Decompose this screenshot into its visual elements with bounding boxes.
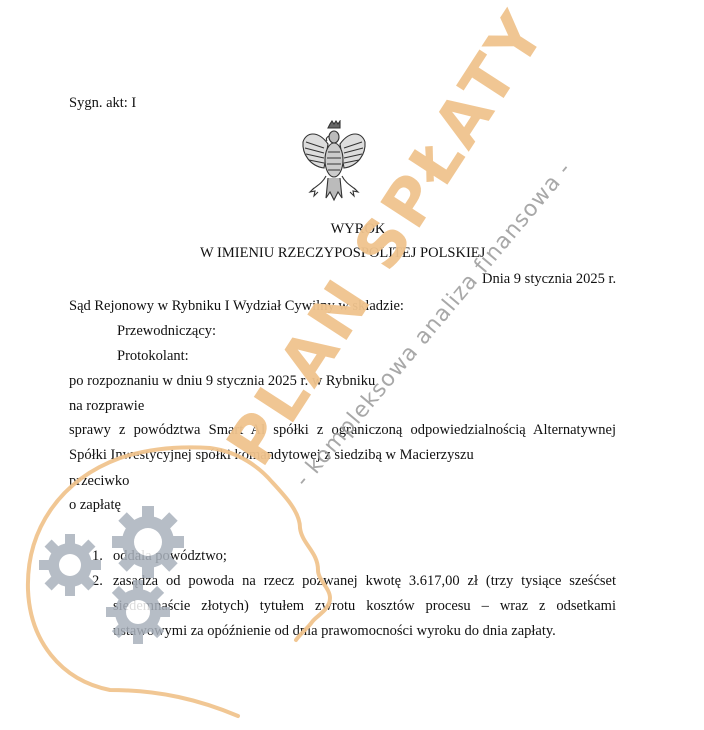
ruling-item: 2. zasądza od powoda na rzecz pozwanej k… bbox=[92, 569, 616, 644]
ruling-text: zasądza od powoda na rzecz pozwanej kwot… bbox=[113, 573, 616, 639]
case-description: sprawy z powództwa Smart Al spółki z ogr… bbox=[69, 418, 616, 468]
watermark-brand: PLAN SPŁATY bbox=[213, 0, 561, 479]
recorder-label: Protokolant: bbox=[117, 347, 189, 365]
document-subtitle: W IMIENIU RZECZYPOSPOLITEJ POLSKIEJ bbox=[200, 244, 485, 262]
document-date: Dnia 9 stycznia 2025 r. bbox=[482, 270, 616, 288]
ruling-number: 2. bbox=[92, 569, 103, 594]
against-label: przeciwko bbox=[69, 472, 129, 490]
document-title: WYROK bbox=[0, 220, 704, 238]
ruling-item: 1. oddala powództwo; bbox=[92, 544, 616, 569]
presiding-judge-label: Przewodniczący: bbox=[117, 322, 216, 340]
case-signature: Sygn. akt: I bbox=[69, 94, 136, 112]
ruling-number: 1. bbox=[92, 544, 103, 569]
document-page: Sygn. akt: I WYROK W IMIENIU RZECZYPOSPO… bbox=[0, 0, 704, 730]
case-subject: o zapłatę bbox=[69, 496, 121, 514]
session-type: na rozprawie bbox=[69, 397, 144, 415]
ruling-list: 1. oddala powództwo; 2. zasądza od powod… bbox=[92, 544, 616, 644]
hearing-info: po rozpoznaniu w dniu 9 stycznia 2025 r.… bbox=[69, 372, 375, 390]
court-composition: Sąd Rejonowy w Rybniku I Wydział Cywilny… bbox=[69, 297, 404, 315]
polish-eagle-emblem-icon bbox=[300, 120, 368, 206]
ruling-text: oddala powództwo; bbox=[113, 548, 227, 564]
